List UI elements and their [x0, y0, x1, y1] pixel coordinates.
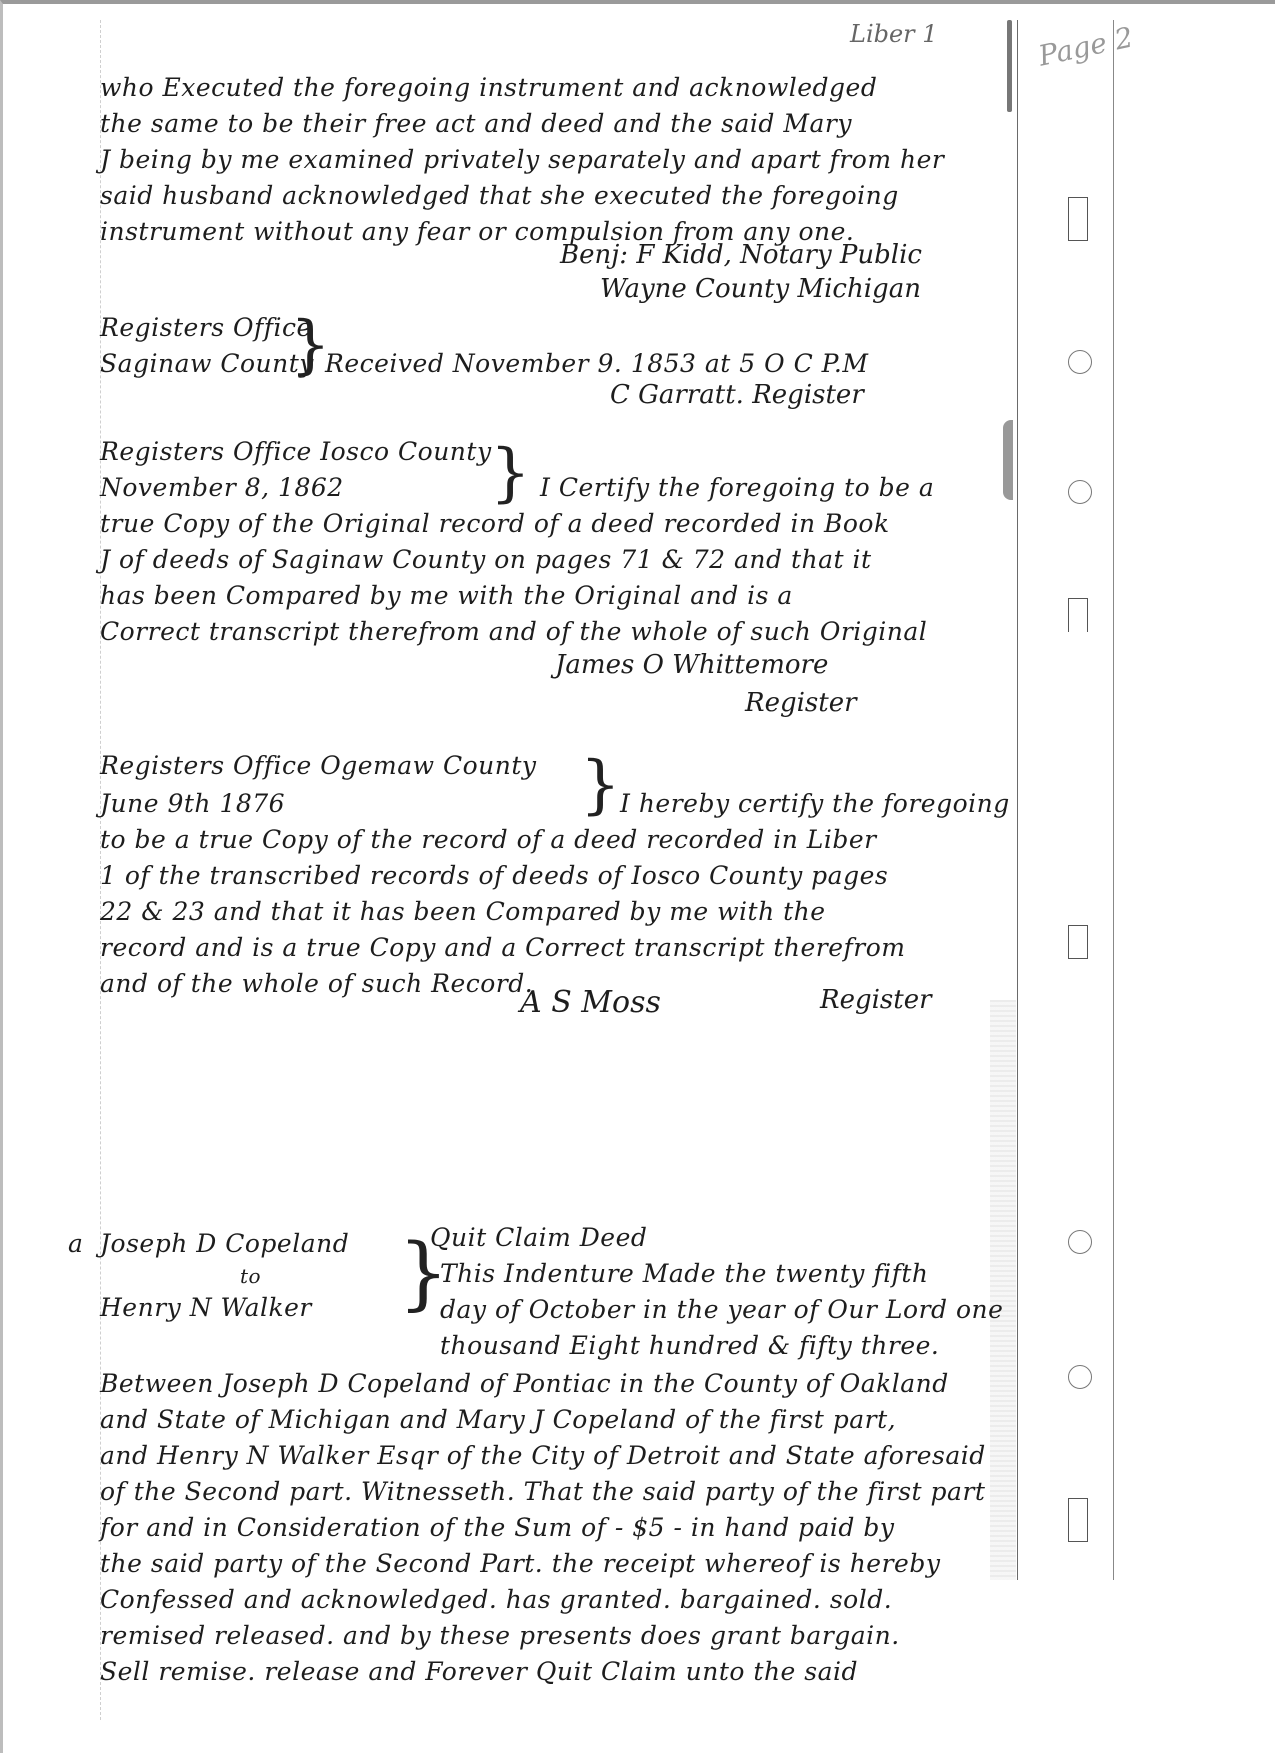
iosco-certification-text: true Copy of the Original record of a de…: [100, 506, 990, 650]
iosco-date: November 8, 1862: [100, 470, 344, 506]
text-line: Correct transcript therefrom and of the …: [100, 614, 990, 650]
text-line: Between Joseph D Copeland of Pontiac in …: [100, 1366, 990, 1402]
saginaw-office-label: Registers Office Saginaw County: [100, 310, 314, 382]
office-line: Registers Office: [100, 310, 314, 346]
iosco-register-signature: James O Whittemore: [555, 650, 828, 680]
text-line: the said party of the Second Part. the r…: [100, 1546, 990, 1582]
notary-signature-place: Wayne County Michigan: [600, 274, 921, 304]
margin-mark: a: [68, 1226, 83, 1262]
deed-grantor: Joseph D Copeland: [100, 1226, 349, 1262]
brace: }: [580, 748, 621, 822]
right-margin-line: [1113, 20, 1114, 1580]
text-line: day of October in the year of Our Lord o…: [440, 1292, 1003, 1328]
deed-to: to: [240, 1258, 261, 1294]
text-line: 1 of the transcribed records of deeds of…: [100, 858, 990, 894]
brace: }: [490, 436, 531, 510]
notary-acknowledgment-text: who Executed the foregoing instrument an…: [100, 70, 990, 250]
saginaw-received: Received November 9. 1853 at 5 O C P.M: [325, 346, 868, 382]
text-line: This Indenture Made the twenty fifth: [440, 1256, 1003, 1292]
iosco-register-title: Register: [745, 688, 857, 718]
ogemaw-certification-text: to be a true Copy of the record of a dee…: [100, 822, 990, 1002]
office-line: Saginaw County: [100, 346, 314, 382]
saginaw-register-signature: C Garratt. Register: [610, 380, 864, 410]
text-line: and State of Michigan and Mary J Copelan…: [100, 1402, 990, 1438]
ogemaw-cert-line: I hereby certify the foregoing: [620, 786, 1010, 822]
binder-hole-round-icon: [1068, 480, 1092, 504]
text-line: 22 & 23 and that it has been Compared by…: [100, 894, 990, 930]
deed-body-text: Between Joseph D Copeland of Pontiac in …: [100, 1366, 990, 1690]
text-line: for and in Consideration of the Sum of -…: [100, 1510, 990, 1546]
text-line: remised released. and by these presents …: [100, 1618, 990, 1654]
text-line: the same to be their free act and deed a…: [100, 106, 990, 142]
binder-hole-round-icon: [1068, 350, 1092, 374]
binding-gutter-line: [1017, 20, 1018, 1580]
ogemaw-register-title: Register: [820, 985, 932, 1015]
text-line: has been Compared by me with the Origina…: [100, 578, 990, 614]
text-line: true Copy of the Original record of a de…: [100, 506, 990, 542]
binder-hole-rect-icon: [1068, 598, 1088, 632]
text-line: record and is a true Copy and a Correct …: [100, 930, 990, 966]
text-line: said husband acknowledged that she execu…: [100, 178, 990, 214]
binder-hole-round-icon: [1068, 1230, 1092, 1254]
iosco-cert-line: I Certify the foregoing to be a: [540, 470, 934, 506]
text-line: J of deeds of Saginaw County on pages 71…: [100, 542, 990, 578]
liber-note: Liber 1: [850, 20, 938, 48]
ogemaw-date: June 9th 1876: [100, 786, 285, 822]
binding-tab-mark: [1007, 20, 1012, 112]
notary-signature: Benj: F Kidd, Notary Public: [560, 240, 922, 270]
text-line: who Executed the foregoing instrument an…: [100, 70, 990, 106]
text-line: Sell remise. release and Forever Quit Cl…: [100, 1654, 990, 1690]
ogemaw-office-label: Registers Office Ogemaw County: [100, 748, 537, 784]
deed-intro-text: This Indenture Made the twenty fifth day…: [440, 1256, 1003, 1364]
binder-hole-rect-icon: [1068, 1498, 1088, 1542]
deed-grantee: Henry N Walker: [100, 1290, 312, 1326]
text-line: thousand Eight hundred & fifty three.: [440, 1328, 1003, 1364]
text-line: to be a true Copy of the record of a dee…: [100, 822, 990, 858]
binding-tab-mark: [1003, 420, 1013, 500]
text-line: of the Second part. Witnesseth. That the…: [100, 1474, 990, 1510]
text-line: and Henry N Walker Esqr of the City of D…: [100, 1438, 990, 1474]
binder-hole-rect-icon: [1068, 925, 1088, 959]
iosco-office-label: Registers Office Iosco County: [100, 434, 492, 470]
binder-hole-round-icon: [1068, 1365, 1092, 1389]
deed-heading: Quit Claim Deed: [430, 1220, 647, 1256]
text-line: J being by me examined privately separat…: [100, 142, 990, 178]
ogemaw-register-signature: A S Moss: [520, 985, 661, 1020]
binder-hole-rect-icon: [1068, 197, 1088, 241]
text-line: Confessed and acknowledged. has granted.…: [100, 1582, 990, 1618]
